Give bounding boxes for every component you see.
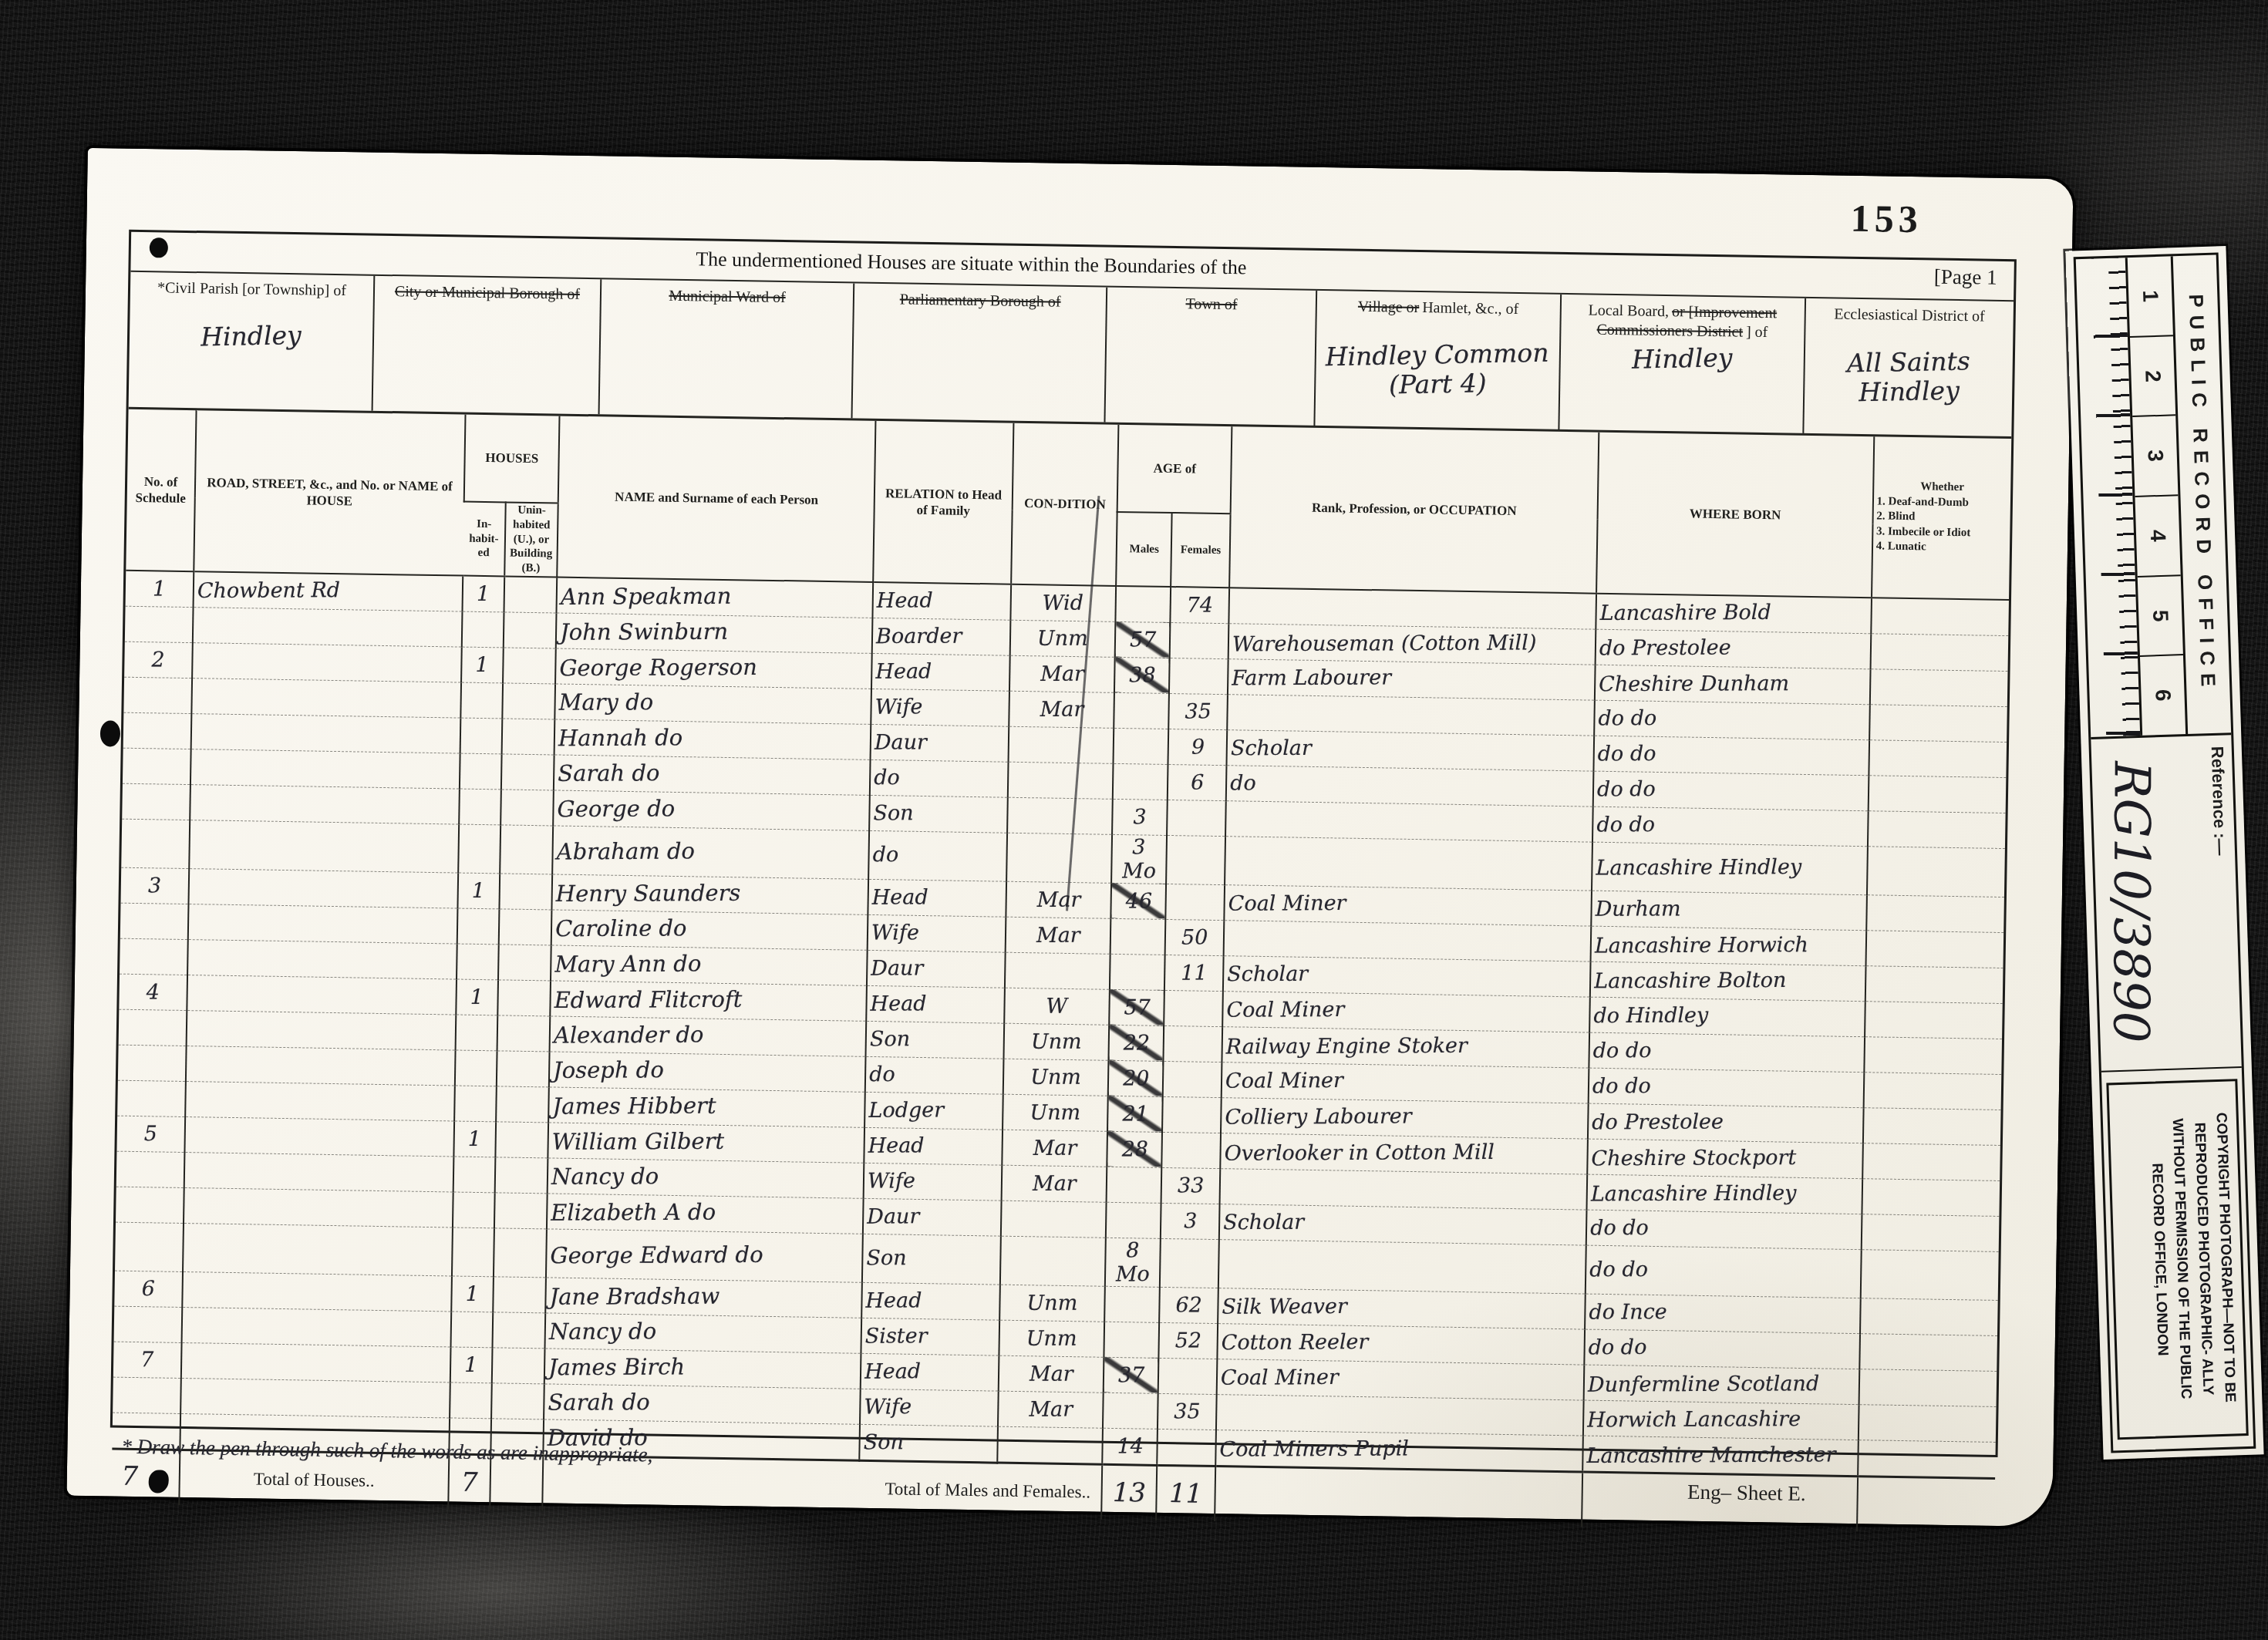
cell-condition: Mar xyxy=(998,1391,1104,1428)
public-record-office-strip: 1 2 3 4 5 6 PUBLIC RECORD OFFICE Referen… xyxy=(2065,246,2263,1460)
cell-relation: Head xyxy=(861,1353,999,1391)
cell-relation: Son xyxy=(870,795,1008,833)
cell-schedule xyxy=(115,1222,184,1271)
cell-name: George do xyxy=(553,790,870,830)
cell-name: Nancy do xyxy=(545,1313,862,1353)
cell-age-female xyxy=(1162,1132,1221,1168)
cell-name: George Rogerson xyxy=(555,648,872,689)
cell-age-female: 52 xyxy=(1159,1322,1218,1359)
cell-inhabited xyxy=(460,682,502,719)
cell-age-female: 6 xyxy=(1168,764,1226,800)
cell-occupation: Coal Miner xyxy=(1224,884,1592,925)
ruler-number: 5 xyxy=(2138,576,2183,657)
cell-age-male: 22 xyxy=(1109,1025,1164,1061)
census-table: No. of Schedule ROAD, STREET, &c., and N… xyxy=(111,409,2011,1534)
field-label-struck: Village or xyxy=(1358,298,1420,316)
field-civil-parish: *Civil Parish [or Township] of Hindley xyxy=(129,272,374,411)
cell-where-born: Cheshire Dunham xyxy=(1595,665,1870,705)
column-headers: No. of Schedule ROAD, STREET, &c., and N… xyxy=(126,409,2011,600)
cell-condition xyxy=(1005,952,1110,989)
empty-cell xyxy=(1215,1466,1582,1527)
cell-age-female xyxy=(1158,1358,1217,1394)
cell-condition xyxy=(1001,1201,1107,1238)
cell-uninhabited xyxy=(494,1228,547,1278)
cell-inhabited: 1 xyxy=(458,873,500,909)
cell-schedule xyxy=(120,938,188,975)
whether-line: 3. Imbecile or Idiot xyxy=(1876,524,2007,541)
field-label-struck: Town of xyxy=(1185,295,1237,313)
cell-name: Abraham do xyxy=(552,826,869,879)
cell-age-female: 50 xyxy=(1165,919,1224,955)
cell-age-female: 62 xyxy=(1159,1287,1218,1323)
cell-whether xyxy=(1866,894,2004,932)
field-label: ] of xyxy=(1746,324,1768,341)
pro-strip-inner: 1 2 3 4 5 6 PUBLIC RECORD OFFICE Referen… xyxy=(2074,252,2256,1453)
cell-uninhabited xyxy=(495,1157,548,1194)
cell-road xyxy=(191,678,461,717)
cell-uninhabited xyxy=(497,1015,550,1052)
cell-inhabited xyxy=(450,1382,491,1419)
cell-schedule xyxy=(114,1306,183,1342)
cell-inhabited: 1 xyxy=(461,647,503,683)
binding-hole xyxy=(100,720,121,746)
cell-uninhabited xyxy=(499,874,552,910)
cell-age-male: 20 xyxy=(1108,1060,1164,1096)
cell-relation: Head xyxy=(868,879,1006,917)
cell-where-born: do do xyxy=(1592,807,1868,847)
cell-age-male xyxy=(1114,728,1169,764)
cell-inhabited xyxy=(457,944,498,980)
cell-where-born: Lancashire Bold xyxy=(1596,593,1871,633)
cell-where-born: Cheshire Stockport xyxy=(1587,1139,1862,1179)
cell-whether xyxy=(1860,1298,1998,1335)
empty-cell xyxy=(1857,1476,1995,1533)
cell-age-male: 3 xyxy=(1113,799,1168,835)
handwritten-value: Hindley xyxy=(1560,342,1804,375)
census-rows: 1 Chowbent Rd 1 Ann Speakman Head Wid 74… xyxy=(112,570,2009,1478)
cell-inhabited xyxy=(455,1050,497,1086)
field-parliamentary-borough: Parliamentary Borough of xyxy=(851,283,1107,422)
field-label: Hamlet, &c., of xyxy=(1422,299,1518,318)
cell-uninhabited xyxy=(496,1086,549,1123)
col-header-road: ROAD, STREET, &c., and No. or NAME of HO… xyxy=(194,410,465,575)
cell-inhabited: 1 xyxy=(451,1276,493,1312)
cell-age-female xyxy=(1166,835,1225,884)
cell-age-female xyxy=(1163,1061,1222,1097)
cell-condition: Wid xyxy=(1010,584,1116,622)
cell-road xyxy=(183,1223,453,1275)
cell-where-born: Lancashire Manchester xyxy=(1582,1436,1858,1477)
cell-whether xyxy=(1865,930,2003,968)
cell-relation: Daur xyxy=(867,950,1005,988)
ruler-number: 6 xyxy=(2140,655,2185,735)
cell-age-female: 3 xyxy=(1161,1203,1219,1239)
cell-uninhabited xyxy=(499,909,552,945)
cell-schedule xyxy=(123,712,192,749)
cell-where-born: do Prestolee xyxy=(1596,629,1871,669)
cell-occupation: do xyxy=(1226,765,1594,806)
cell-schedule xyxy=(117,1080,186,1116)
cell-name: Mary Ann do xyxy=(551,945,868,985)
cell-road xyxy=(190,749,460,788)
cell-inhabited xyxy=(456,1015,497,1051)
whether-line: 4. Lunatic xyxy=(1876,539,2007,556)
col-header-whether: Whether 1. Deaf-and-Dumb 2. Blind 3. Imb… xyxy=(1872,436,2012,600)
col-header-name: NAME and Surname of each Person xyxy=(557,416,875,582)
cell-road xyxy=(184,1152,454,1191)
ruler-number: 3 xyxy=(2132,416,2178,497)
cell-inhabited xyxy=(451,1312,493,1348)
cell-condition: Mar xyxy=(1001,1165,1107,1202)
folio-number-stamp: 153 xyxy=(1850,196,1923,241)
cell-whether xyxy=(1870,634,2008,672)
cell-schedule: 4 xyxy=(119,974,187,1010)
cell-relation: Boarder xyxy=(872,618,1010,655)
cell-where-born: Lancashire Hindley xyxy=(1587,1174,1862,1214)
col-header-condition: CON-DITION xyxy=(1011,423,1119,586)
whether-line: 2. Blind xyxy=(1876,510,2007,527)
cell-where-born: do do xyxy=(1586,1210,1862,1250)
cell-name: Caroline do xyxy=(551,910,868,950)
cell-age-male xyxy=(1107,1167,1162,1203)
cell-age-male xyxy=(1110,954,1165,990)
cell-whether xyxy=(1860,1249,1998,1300)
cell-occupation: Warehouseman (Cotton Mill) xyxy=(1228,623,1596,664)
cell-where-born: do do xyxy=(1594,736,1869,776)
cell-occupation: Colliery Labourer xyxy=(1221,1097,1589,1138)
cell-whether xyxy=(1867,846,2005,897)
cell-where-born: do Ince xyxy=(1585,1294,1860,1334)
col-header-age-group: AGE of xyxy=(1117,425,1232,514)
cell-occupation xyxy=(1224,920,1592,961)
cell-age-male: 8 Mo xyxy=(1105,1238,1161,1287)
cell-schedule xyxy=(123,677,192,713)
cell-where-born: Durham xyxy=(1591,891,1866,931)
handwritten-value: Hindley Common (Part 4) xyxy=(1316,338,1559,401)
cell-relation: Son xyxy=(862,1234,1000,1285)
cell-where-born: Lancashire Hindley xyxy=(1592,842,1867,895)
census-form: The undermentioned Houses are situate wi… xyxy=(110,230,2017,1457)
cell-whether xyxy=(1863,1107,2001,1145)
cell-age-male: 28 xyxy=(1107,1131,1163,1167)
cell-whether xyxy=(1859,1404,1997,1442)
field-label: Ecclesiastical District of xyxy=(1834,305,1985,325)
cell-age-female xyxy=(1169,658,1228,694)
cell-road xyxy=(181,1342,451,1382)
cell-inhabited xyxy=(454,1086,496,1122)
cell-age-male xyxy=(1103,1392,1158,1429)
cell-where-born: do do xyxy=(1584,1329,1859,1369)
cell-name: Joseph do xyxy=(549,1052,866,1092)
cell-relation: Daur xyxy=(863,1198,1001,1236)
cell-relation: Head xyxy=(871,653,1009,691)
cell-age-female xyxy=(1167,800,1225,836)
cell-whether xyxy=(1859,1333,1997,1371)
cell-schedule xyxy=(125,606,194,642)
cell-road xyxy=(190,784,460,823)
cell-road: Chowbent Rd xyxy=(193,571,463,611)
cell-age-male xyxy=(1105,1286,1161,1322)
cell-schedule: 6 xyxy=(114,1271,183,1307)
cell-age-male: 37 xyxy=(1104,1357,1159,1393)
cell-relation: do xyxy=(865,1056,1003,1094)
col-header-relation: RELATION to Head of Family xyxy=(874,421,1014,584)
cell-age-male: 38 xyxy=(1114,657,1170,693)
cell-inhabited: 1 xyxy=(450,1347,492,1383)
cell-uninhabited xyxy=(491,1383,544,1419)
cell-age-female xyxy=(1166,884,1225,920)
cell-uninhabited xyxy=(494,1193,548,1229)
cell-condition: Unm xyxy=(1003,1094,1108,1131)
cell-where-born: Lancashire Horwich xyxy=(1591,926,1866,966)
page-label: [Page 1 xyxy=(1934,265,1997,290)
cell-condition: Mar xyxy=(1002,1130,1107,1167)
cell-uninhabited xyxy=(497,1051,550,1087)
cell-name: Sarah do xyxy=(554,755,871,795)
cell-age-male xyxy=(1114,692,1170,729)
cell-name: Alexander do xyxy=(550,1016,867,1056)
col-header-inhabited: In-habit-ed xyxy=(463,502,505,577)
cell-schedule xyxy=(121,819,190,868)
cell-age-male xyxy=(1110,918,1166,955)
census-sheet: 153 The undermentioned Houses are situat… xyxy=(66,148,2073,1527)
cell-uninhabited xyxy=(503,648,556,684)
cell-whether xyxy=(1865,1001,2003,1039)
cell-name: William Gilbert xyxy=(548,1123,865,1163)
cell-uninhabited xyxy=(498,945,551,981)
cell-relation: Wife xyxy=(860,1389,998,1426)
cell-schedule xyxy=(116,1187,184,1223)
cell-relation: Son xyxy=(860,1424,998,1463)
cell-road xyxy=(191,713,461,753)
cell-occupation: Scholar xyxy=(1223,955,1591,996)
cell-uninhabited xyxy=(492,1348,545,1384)
cell-uninhabited xyxy=(504,612,557,648)
cell-whether xyxy=(1868,811,2006,849)
cell-age-male xyxy=(1106,1202,1161,1238)
cell-whether xyxy=(1861,1214,1999,1251)
cell-inhabited xyxy=(459,789,500,825)
cell-age-female: 74 xyxy=(1171,587,1229,624)
cell-road xyxy=(188,868,458,908)
cell-whether xyxy=(1864,1036,2002,1074)
cell-where-born: do do xyxy=(1589,1068,1864,1108)
cell-road xyxy=(185,1081,455,1120)
cell-relation: Wife xyxy=(868,914,1006,952)
whether-line: 1. Deaf-and-Dumb xyxy=(1877,494,2008,511)
cell-name: Jane Bradshaw xyxy=(545,1278,862,1318)
cell-relation: Lodger xyxy=(865,1092,1003,1130)
cell-relation: Head xyxy=(867,985,1005,1023)
cell-name: James Hibbert xyxy=(548,1087,865,1127)
cell-age-female: 9 xyxy=(1168,729,1227,765)
cell-age-female: 11 xyxy=(1164,955,1223,991)
cell-road xyxy=(192,642,462,682)
cell-where-born: do do xyxy=(1586,1245,1861,1298)
ruler-number: 4 xyxy=(2135,496,2181,577)
cell-where-born: do Hindley xyxy=(1589,997,1865,1037)
cell-where-born: Lancashire Bolton xyxy=(1590,961,1865,1002)
cell-condition xyxy=(1006,833,1113,883)
cell-condition: Mar xyxy=(1009,691,1114,728)
cell-inhabited xyxy=(462,611,504,648)
cell-whether xyxy=(1869,740,2007,778)
cell-occupation: Cotton Reeler xyxy=(1217,1323,1585,1364)
cell-age-male xyxy=(1116,586,1171,623)
col-header-occupation: Rank, Profession, or OCCUPATION xyxy=(1229,426,1599,593)
cell-schedule: 2 xyxy=(124,642,193,678)
cell-relation: Wife xyxy=(864,1163,1002,1201)
cell-schedule xyxy=(118,1045,187,1081)
cell-whether xyxy=(1870,669,2008,707)
cell-schedule xyxy=(123,748,191,784)
cell-where-born: do do xyxy=(1593,771,1869,811)
cell-condition xyxy=(1007,797,1113,834)
total-females-value: 11 xyxy=(1156,1465,1215,1521)
cell-uninhabited xyxy=(500,790,554,826)
col-header-females: Females xyxy=(1171,513,1230,588)
cell-road xyxy=(182,1271,452,1311)
cell-whether xyxy=(1868,776,2006,813)
cell-whether xyxy=(1863,1072,2001,1110)
cell-age-male: 57 xyxy=(1115,621,1171,658)
cell-name: Sarah do xyxy=(544,1384,861,1424)
cell-occupation: Railway Engine Stoker xyxy=(1222,1026,1589,1067)
cell-whether xyxy=(1862,1143,2000,1180)
ink-blot xyxy=(149,1470,169,1493)
cell-road xyxy=(193,607,463,646)
cell-age-female xyxy=(1158,1429,1216,1466)
cell-schedule xyxy=(119,1009,187,1046)
cell-inhabited: 1 xyxy=(456,979,497,1015)
cell-occupation: Coal Miners Pupil xyxy=(1215,1430,1583,1471)
cell-condition: Mar xyxy=(1006,881,1111,918)
field-label: Local Board, xyxy=(1588,301,1669,320)
cell-whether xyxy=(1871,598,2009,635)
cell-schedule: 7 xyxy=(113,1342,182,1378)
cell-road xyxy=(189,820,459,872)
cell-age-female: 33 xyxy=(1161,1167,1220,1204)
cell-relation: Daur xyxy=(871,724,1009,762)
cell-whether xyxy=(1858,1440,1996,1478)
cell-age-male: 14 xyxy=(1103,1428,1158,1465)
cell-uninhabited xyxy=(495,1122,548,1158)
form-title: The undermentioned Houses are situate wi… xyxy=(696,247,1246,279)
cell-occupation: Coal Miner xyxy=(1222,991,1590,1032)
cell-inhabited: 1 xyxy=(454,1121,496,1157)
cell-relation: Son xyxy=(866,1021,1004,1059)
cell-condition: Unm xyxy=(1009,620,1115,657)
field-local-board: Local Board, or [Improvement Commissione… xyxy=(1558,295,1805,433)
cell-where-born: do Prestolee xyxy=(1588,1103,1863,1143)
cell-age-female xyxy=(1162,1096,1221,1133)
cell-occupation: Coal Miner xyxy=(1217,1359,1585,1399)
cell-name: Edward Flitcroft xyxy=(550,981,867,1021)
col-header-schedule: No. of Schedule xyxy=(126,409,196,571)
cell-name: Henry Saunders xyxy=(552,874,869,914)
field-municipal-borough: City or Municipal Borough of xyxy=(371,276,600,415)
cell-condition: Mar xyxy=(1009,655,1115,692)
cell-schedule: 3 xyxy=(121,867,190,904)
cell-name: Hannah do xyxy=(554,719,871,759)
cell-where-born: do do xyxy=(1594,700,1869,740)
cell-whether xyxy=(1865,965,2003,1003)
cell-road xyxy=(184,1187,453,1227)
cell-condition: Unm xyxy=(999,1320,1104,1357)
cell-relation: Head xyxy=(873,582,1011,620)
cell-occupation: Farm Labourer xyxy=(1228,658,1596,699)
cell-inhabited xyxy=(458,824,500,874)
cell-age-female xyxy=(1170,622,1228,658)
cell-occupation: Scholar xyxy=(1219,1204,1587,1244)
cell-relation: Sister xyxy=(861,1318,999,1355)
cell-where-born: do do xyxy=(1589,1032,1865,1073)
cell-schedule: 5 xyxy=(116,1116,185,1152)
cell-condition xyxy=(997,1426,1103,1464)
cell-age-female xyxy=(1164,1025,1222,1062)
cell-relation: Head xyxy=(864,1127,1003,1165)
field-label: *Civil Parish [or Township] of xyxy=(157,279,346,299)
cell-road xyxy=(187,939,457,978)
cell-road xyxy=(186,1046,456,1085)
field-label-struck: Municipal Ward of xyxy=(669,288,786,306)
ruler-number: 2 xyxy=(2130,336,2175,417)
cell-road xyxy=(187,975,457,1014)
cell-occupation: Silk Weaver xyxy=(1218,1288,1586,1329)
col-header-uninhabited: Unin-habited (U.), or Building (B.) xyxy=(504,502,558,577)
cell-inhabited xyxy=(453,1157,495,1193)
cell-uninhabited xyxy=(504,576,557,613)
copyright-notice: COPYRIGHT PHOTOGRAPH—NOT TO BE REPRODUCE… xyxy=(2106,1079,2248,1440)
cell-name: Elizabeth A do xyxy=(547,1194,864,1234)
cell-name: Mary do xyxy=(555,684,872,724)
cell-name: Nancy do xyxy=(548,1158,864,1198)
pro-ruler: 1 2 3 4 5 6 PUBLIC RECORD OFFICE xyxy=(2076,255,2231,739)
cell-inhabited xyxy=(453,1192,494,1228)
cell-condition xyxy=(1008,726,1114,763)
cell-relation: Wife xyxy=(871,689,1009,726)
cell-road xyxy=(181,1307,451,1346)
cell-occupation xyxy=(1225,800,1593,841)
cell-condition xyxy=(1000,1236,1107,1286)
cell-whether xyxy=(1859,1369,1997,1406)
cell-road xyxy=(184,1116,454,1156)
cell-age-male: 3 Mo xyxy=(1112,834,1168,884)
field-label-struck: Parliamentary Borough of xyxy=(900,291,1061,310)
cell-occupation xyxy=(1225,836,1592,890)
col-header-houses-group: HOUSES xyxy=(464,415,560,503)
cell-occupation xyxy=(1220,1168,1588,1209)
cell-where-born: Dunfermline Scotland xyxy=(1584,1365,1859,1405)
cell-age-female: 35 xyxy=(1169,693,1228,729)
cell-condition xyxy=(1008,762,1114,799)
cell-uninhabited xyxy=(492,1312,545,1349)
handwritten-value: All Saints Hindley xyxy=(1804,345,2013,408)
cell-name: John Swinburn xyxy=(556,613,873,653)
cell-inhabited: 1 xyxy=(463,575,504,611)
cell-inhabited xyxy=(460,753,501,790)
cell-inhabited xyxy=(457,908,499,945)
cell-whether xyxy=(1869,705,2007,743)
ruler-number: 1 xyxy=(2128,256,2173,337)
cell-age-male: 46 xyxy=(1111,883,1167,919)
col-header-males: Males xyxy=(1117,512,1172,587)
cell-relation: do xyxy=(869,830,1007,881)
whether-line: Whether xyxy=(1877,480,2008,497)
cell-road xyxy=(188,904,458,943)
cell-occupation: Coal Miner xyxy=(1222,1062,1589,1103)
cell-whether xyxy=(1862,1178,2000,1216)
